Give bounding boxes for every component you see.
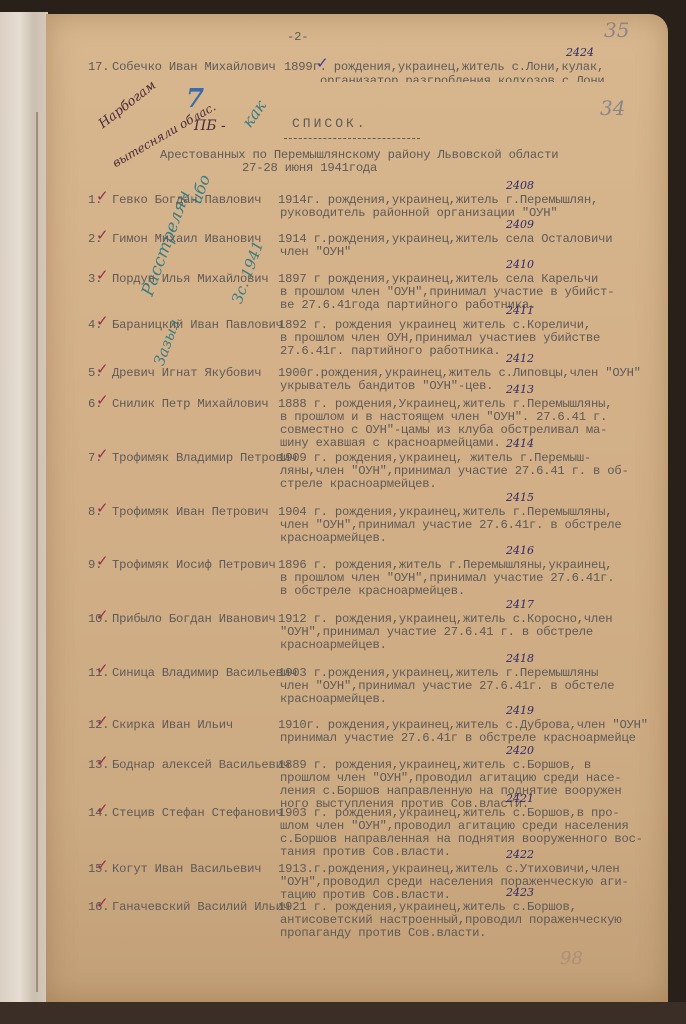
entry-name: Трофимяк Иосиф Петрович — [112, 558, 276, 572]
entry-detail-line: в прошлом член ОУН,принимал участиев уби… — [280, 331, 600, 345]
entry-name: Древич Игнат Якубович — [112, 366, 261, 380]
entry-detail-line: 1909 г. рождения,украинец, житель г.Пере… — [278, 451, 591, 465]
entry-detail-line: 1914г. рождения,украинец,житель г.Перемы… — [278, 193, 598, 207]
entry-detail-line: прошлом член "ОУН",проводил агитацию сре… — [280, 771, 621, 785]
list-subtitle-line1: Арестованных по Перемышлянскому району Л… — [160, 148, 558, 162]
entry-archive-number: 2416 — [506, 544, 534, 557]
checkmark-icon: ✓ — [96, 856, 109, 874]
checkmark-icon: ✓ — [96, 712, 109, 730]
entry-17-number: 17. — [88, 60, 109, 74]
checkmark-icon: ✓ — [96, 606, 109, 624]
binder-strip — [0, 12, 48, 1012]
checkmark-icon: ✓ — [96, 894, 109, 912]
entry-name: Гевко Богдан Павлович — [112, 193, 261, 207]
entry-detail-line: ве 27.6.41года партийного работника. — [280, 298, 536, 312]
entry-17-line1: 1899г. рождения,украинец,житель с.Лони,к… — [284, 60, 604, 74]
entry-detail-line: 27.6.41г. партийного работника. — [280, 344, 501, 358]
entry-detail-line: 1903 г. рождения,украинец,житель с.Боршо… — [278, 806, 619, 820]
checkmark-icon: ✓ — [96, 445, 109, 463]
entry-detail-line: совместно с ОУН"-цамы из клуба обстрелив… — [280, 423, 607, 437]
entry-name: Снилик Петр Михайлович — [112, 397, 269, 411]
entry-detail-line: в прошлом и в настоящем член "ОУН". 27.6… — [280, 410, 607, 424]
entry-detail-line: шлом член "ОУН",проводил агитацию среди … — [280, 819, 629, 833]
checkmark-icon: ✓ — [96, 660, 109, 678]
checkmark-icon: ✓ — [96, 391, 109, 409]
list-heading: СПИСОК. — [292, 116, 368, 131]
entry-detail-line: принимал участие 27.6.41г в обстреле кра… — [280, 731, 636, 745]
entry-detail-line: 1921 г. рождения,украинец,житель с.Боршо… — [278, 900, 577, 914]
entry-detail-line: тания против Сов.власти. — [280, 845, 451, 859]
entry-archive-number: 2422 — [506, 848, 534, 861]
entry-detail-line: 1900г.рождения,украинец,житель с.Липовцы… — [278, 366, 641, 380]
checkmark-icon: ✓ — [316, 54, 329, 72]
entry-name: Бараницкий Иван Павлович — [112, 318, 283, 332]
entry-detail-line: в прошлом член "ОУН",принимал участие в … — [280, 285, 614, 299]
entry-name: Когут Иван Васильевич — [112, 862, 261, 876]
entry-detail-line: 1912 г. рождения,украинец,житель с.Корос… — [278, 612, 612, 626]
entry-detail-line: пропаганду против Сов.власти. — [280, 926, 486, 940]
entry-detail-line: 1910г. рождения,украинец,житель с.Дубров… — [278, 718, 648, 732]
checkmark-icon: ✓ — [96, 499, 109, 517]
entry-archive-number: 2419 — [506, 704, 534, 717]
checkmark-icon: ✓ — [96, 752, 109, 770]
entry-detail-line: шину ехавшая с красноармейцами. — [280, 436, 501, 450]
entry-detail-line: 1913.г.рождения,украинец,житель с.Утихов… — [278, 862, 619, 876]
entry-detail-line: антисоветский настроенный,проводил пораж… — [280, 913, 621, 927]
entry-name: Боднар алексей Васильевич — [112, 758, 290, 772]
entry-name: Скирка Иван Ильич — [112, 718, 233, 732]
entry-detail-line: "ОУН",принимал участие 27.6.41 г. в обст… — [280, 625, 593, 639]
entry-detail-line: 1896 г. рождения,житель г.Перемышляны,ук… — [278, 558, 612, 572]
entry-archive-number: 2410 — [506, 258, 534, 271]
entry-detail-line: 1889 г. рождения,украинец,житель с.Боршо… — [278, 758, 591, 772]
bottom-shadow — [0, 1002, 686, 1024]
entry-detail-line: член "ОУН",принимал участие 27.6.41г. в … — [280, 518, 621, 532]
entry-detail-line: "ОУН",проводил среди населения пораженче… — [280, 875, 629, 889]
heading-underline — [284, 138, 420, 139]
entry-detail-line: член "ОУН" — [280, 245, 351, 259]
entry-archive-number: 2414 — [506, 437, 534, 450]
entry-detail-line: красноармейцев. — [280, 692, 387, 706]
entry-name: Пордун Илья Михайлович — [112, 272, 269, 286]
entry-detail-line: красноармейцев. — [280, 531, 387, 545]
entry-name: Ганачевский Василий Ильич — [112, 900, 290, 914]
entry-archive-number: 2408 — [506, 179, 534, 192]
entry-name: Прибыло Богдан Иванович — [112, 612, 276, 626]
entry-17-archive-number: 2424 — [566, 46, 594, 59]
entry-name: Трофимяк Владимир Петрович — [112, 451, 297, 465]
entry-archive-number: 2412 — [506, 352, 534, 365]
checkmark-icon: ✓ — [96, 226, 109, 244]
entry-detail-line: 1897 г рождения,украинец,житель села Кар… — [278, 272, 598, 286]
checkmark-icon: ✓ — [96, 360, 109, 378]
entry-archive-number: 2415 — [506, 491, 534, 504]
entry-detail-line: стреле красноармейцев. — [280, 477, 437, 491]
entry-detail-line: 1888 г. рождения,Украинец,житель г.Перем… — [278, 397, 612, 411]
checkmark-icon: ✓ — [96, 187, 109, 205]
entry-name: Стецив Стефан Стефанович — [112, 806, 283, 820]
entry-archive-number: 2420 — [506, 744, 534, 757]
entry-detail-line: 1903 г.рождения,украинец,житель г.Перемы… — [278, 666, 598, 680]
entry-archive-number: 2423 — [506, 886, 534, 899]
checkmark-icon: ✓ — [96, 800, 109, 818]
entry-detail-line: в обстреле красноармейцев. — [280, 584, 465, 598]
archive-folio-second: 34 — [600, 96, 625, 120]
entry-detail-line: ления с.Боршов направленную на поднятие … — [280, 784, 621, 798]
entry-detail-line: с.Боршов направленная на поднятия вооруж… — [280, 832, 643, 846]
footer-folio: 98 — [560, 948, 583, 969]
entry-detail-line: красноармейцев. — [280, 638, 387, 652]
entry-archive-number: 2418 — [506, 652, 534, 665]
entry-detail-line: 1914 г.рождения,украинец,житель села Ост… — [278, 232, 612, 246]
page-number: -2- — [287, 30, 308, 44]
checkmark-icon: ✓ — [96, 312, 109, 330]
checkmark-icon: ✓ — [96, 552, 109, 570]
entry-detail-line: 1904 г. рождения,украинец,житель г.Перем… — [278, 505, 612, 519]
stamp-number: 7 — [186, 84, 204, 114]
entry-archive-number: 2417 — [506, 598, 534, 611]
entry-detail-line: ляны,член "ОУН",принимал участие 27.6.41… — [280, 464, 629, 478]
checkmark-icon: ✓ — [96, 266, 109, 284]
entry-detail-line: в прошлом член "ОУН",принимал участие 27… — [280, 571, 614, 585]
entry-detail-line: член "ОУН",принимал участие 27.6.41г. в … — [280, 679, 614, 693]
archive-folio-top: 35 — [604, 18, 629, 42]
entry-archive-number: 2409 — [506, 218, 534, 231]
entry-17-line2: организатор разгробления колхозов с.Лони — [320, 74, 605, 82]
entry-name: Гимон Михаил Иванович — [112, 232, 261, 246]
entry-name: Трофимяк Иван Петрович — [112, 505, 269, 519]
binder-edge — [36, 112, 38, 992]
entry-name: Синица Владимир Васильевич — [112, 666, 297, 680]
entry-archive-number: 2411 — [506, 304, 534, 317]
initials: ПБ - — [194, 118, 226, 134]
entry-archive-number: 2421 — [506, 792, 534, 805]
entry-17-name: Собечко Иван Михайлович — [112, 60, 276, 74]
list-subtitle-line2: 27-28 июня 1941года — [242, 161, 377, 175]
entry-detail-line: укрыватель бандитов "ОУН"-цев. — [280, 379, 493, 393]
entry-archive-number: 2413 — [506, 383, 534, 396]
entry-detail-line: 1892 г. рождения украинец житель с.Корел… — [278, 318, 591, 332]
